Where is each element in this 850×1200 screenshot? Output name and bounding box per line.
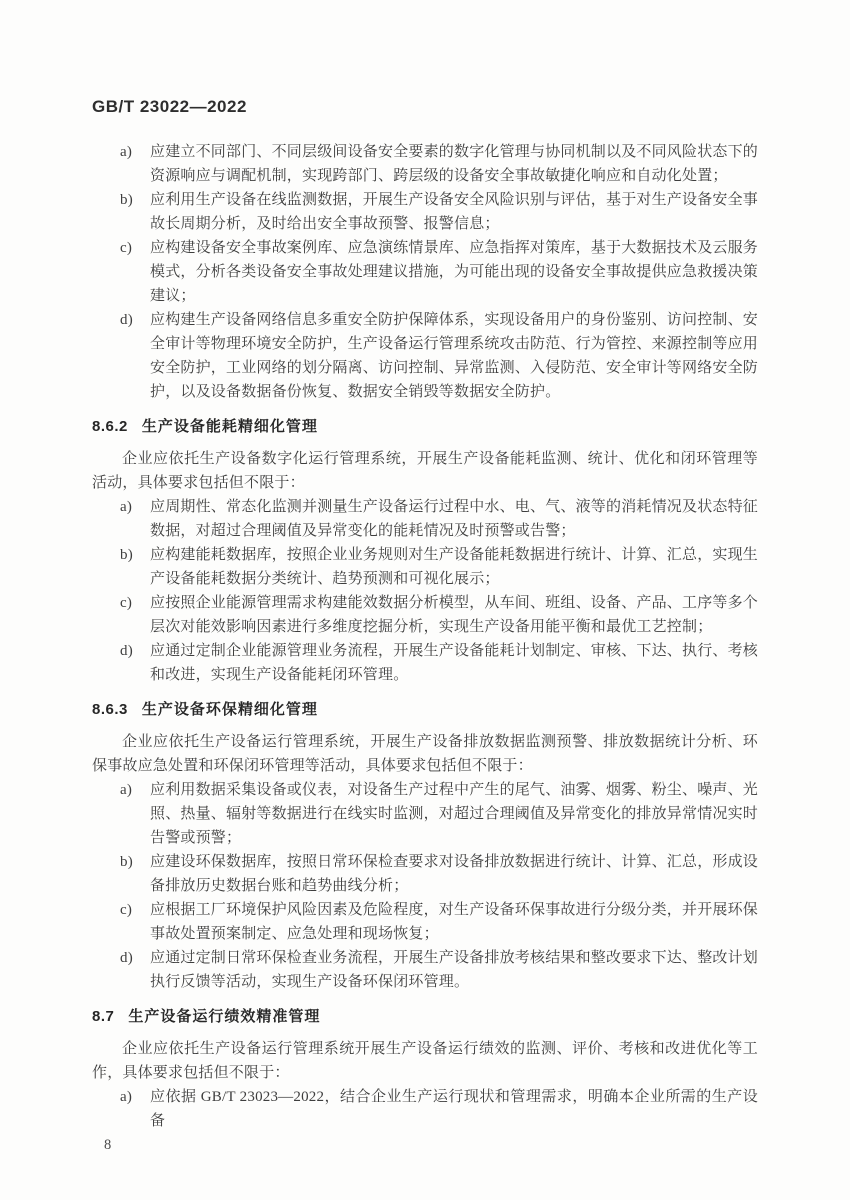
list-item-text: 应按照企业能源管理需求构建能效数据分析模型，从车间、班组、设备、产品、工序等多个… — [150, 591, 758, 639]
list-item-text: 应依据 GB/T 23023—2022，结合企业生产运行现状和管理需求，明确本企… — [150, 1085, 758, 1133]
page-number-footer: 8 — [92, 1133, 758, 1157]
section-number: 8.7 — [92, 1008, 114, 1025]
list-item-label: a) — [120, 778, 150, 802]
list-item-text: 应构建能耗数据库，按照企业业务规则对生产设备能耗数据进行统计、计算、汇总，实现生… — [150, 543, 758, 591]
list-item-label: c) — [120, 591, 150, 615]
list-item-label: a) — [120, 495, 150, 519]
list-item: c) 应根据工厂环境保护风险因素及危险程度，对生产设备环保事故进行分级分类，并开… — [92, 898, 758, 946]
list-item-label: b) — [120, 850, 150, 874]
list-item-text: 应通过定制企业能源管理业务流程，开展生产设备能耗计划制定、审核、下达、执行、考核… — [150, 639, 758, 687]
section-intro: 企业应依托生产设备运行管理系统开展生产设备运行绩效的监测、评价、考核和改进优化等… — [92, 1037, 758, 1085]
list-item: c) 应按照企业能源管理需求构建能效数据分析模型，从车间、班组、设备、产品、工序… — [92, 591, 758, 639]
preamble-list: a) 应建立不同部门、不同层级间设备安全要素的数字化管理与协同机制以及不同风险状… — [92, 140, 758, 404]
standard-number-header: GB/T 23022—2022 — [92, 95, 758, 119]
list-item-text: 应利用数据采集设备或仪表，对设备生产过程中产生的尾气、油雾、烟雾、粉尘、噪声、光… — [150, 778, 758, 850]
list-item: c) 应构建设备安全事故案例库、应急演练情景库、应急指挥对策库，基于大数据技术及… — [92, 236, 758, 308]
section-8-6-2: 8.6.2生产设备能耗精细化管理 企业应依托生产设备数字化运行管理系统，开展生产… — [92, 415, 758, 687]
list-item: d) 应通过定制企业能源管理业务流程，开展生产设备能耗计划制定、审核、下达、执行… — [92, 639, 758, 687]
list-item-text: 应构建设备安全事故案例库、应急演练情景库、应急指挥对策库，基于大数据技术及云服务… — [150, 236, 758, 308]
document-page: GB/T 23022—2022 a) 应建立不同部门、不同层级间设备安全要素的数… — [0, 0, 850, 1200]
list-item-label: a) — [120, 140, 150, 164]
list-item-label: c) — [120, 236, 150, 260]
list-item: a) 应利用数据采集设备或仪表，对设备生产过程中产生的尾气、油雾、烟雾、粉尘、噪… — [92, 778, 758, 850]
list-item-text: 应根据工厂环境保护风险因素及危险程度，对生产设备环保事故进行分级分类，并开展环保… — [150, 898, 758, 946]
section-list: a) 应利用数据采集设备或仪表，对设备生产过程中产生的尾气、油雾、烟雾、粉尘、噪… — [92, 778, 758, 994]
list-item: b) 应利用生产设备在线监测数据，开展生产设备安全风险识别与评估，基于对生产设备… — [92, 188, 758, 236]
section-list: a) 应周期性、常态化监测并测量生产设备运行过程中水、电、气、液等的消耗情况及状… — [92, 495, 758, 687]
list-item: d) 应通过定制日常环保检查业务流程，开展生产设备排放考核结果和整改要求下达、整… — [92, 946, 758, 994]
section-number: 8.6.2 — [92, 418, 128, 435]
list-item-text: 应周期性、常态化监测并测量生产设备运行过程中水、电、气、液等的消耗情况及状态特征… — [150, 495, 758, 543]
section-list: a) 应依据 GB/T 23023—2022，结合企业生产运行现状和管理需求，明… — [92, 1085, 758, 1133]
section-title: 生产设备环保精细化管理 — [142, 701, 318, 718]
list-item: a) 应建立不同部门、不同层级间设备安全要素的数字化管理与协同机制以及不同风险状… — [92, 140, 758, 188]
list-item-label: d) — [120, 639, 150, 663]
section-heading: 8.7生产设备运行绩效精准管理 — [92, 1005, 758, 1029]
list-item-text: 应通过定制日常环保检查业务流程，开展生产设备排放考核结果和整改要求下达、整改计划… — [150, 946, 758, 994]
section-heading: 8.6.2生产设备能耗精细化管理 — [92, 415, 758, 439]
section-title: 生产设备运行绩效精准管理 — [128, 1008, 320, 1025]
section-heading: 8.6.3生产设备环保精细化管理 — [92, 698, 758, 722]
list-item: d) 应构建生产设备网络信息多重安全防护保障体系，实现设备用户的身份鉴别、访问控… — [92, 308, 758, 404]
section-8-6-3: 8.6.3生产设备环保精细化管理 企业应依托生产设备运行管理系统，开展生产设备排… — [92, 698, 758, 994]
list-item: b) 应构建能耗数据库，按照企业业务规则对生产设备能耗数据进行统计、计算、汇总，… — [92, 543, 758, 591]
list-item-label: a) — [120, 1085, 150, 1109]
list-item-label: c) — [120, 898, 150, 922]
list-item: b) 应建设环保数据库，按照日常环保检查要求对设备排放数据进行统计、计算、汇总，… — [92, 850, 758, 898]
list-item-label: b) — [120, 188, 150, 212]
list-item-label: b) — [120, 543, 150, 567]
list-item-label: d) — [120, 308, 150, 332]
section-number: 8.6.3 — [92, 701, 128, 718]
list-item-text: 应利用生产设备在线监测数据，开展生产设备安全风险识别与评估，基于对生产设备安全事… — [150, 188, 758, 236]
list-item: a) 应周期性、常态化监测并测量生产设备运行过程中水、电、气、液等的消耗情况及状… — [92, 495, 758, 543]
section-8-7: 8.7生产设备运行绩效精准管理 企业应依托生产设备运行管理系统开展生产设备运行绩… — [92, 1005, 758, 1133]
list-item-text: 应构建生产设备网络信息多重安全防护保障体系，实现设备用户的身份鉴别、访问控制、安… — [150, 308, 758, 404]
list-item-label: d) — [120, 946, 150, 970]
section-intro: 企业应依托生产设备数字化运行管理系统，开展生产设备能耗监测、统计、优化和闭环管理… — [92, 447, 758, 495]
list-item-text: 应建设环保数据库，按照日常环保检查要求对设备排放数据进行统计、计算、汇总，形成设… — [150, 850, 758, 898]
section-intro: 企业应依托生产设备运行管理系统，开展生产设备排放数据监测预警、排放数据统计分析、… — [92, 730, 758, 778]
list-item-text: 应建立不同部门、不同层级间设备安全要素的数字化管理与协同机制以及不同风险状态下的… — [150, 140, 758, 188]
list-item: a) 应依据 GB/T 23023—2022，结合企业生产运行现状和管理需求，明… — [92, 1085, 758, 1133]
section-title: 生产设备能耗精细化管理 — [142, 418, 318, 435]
